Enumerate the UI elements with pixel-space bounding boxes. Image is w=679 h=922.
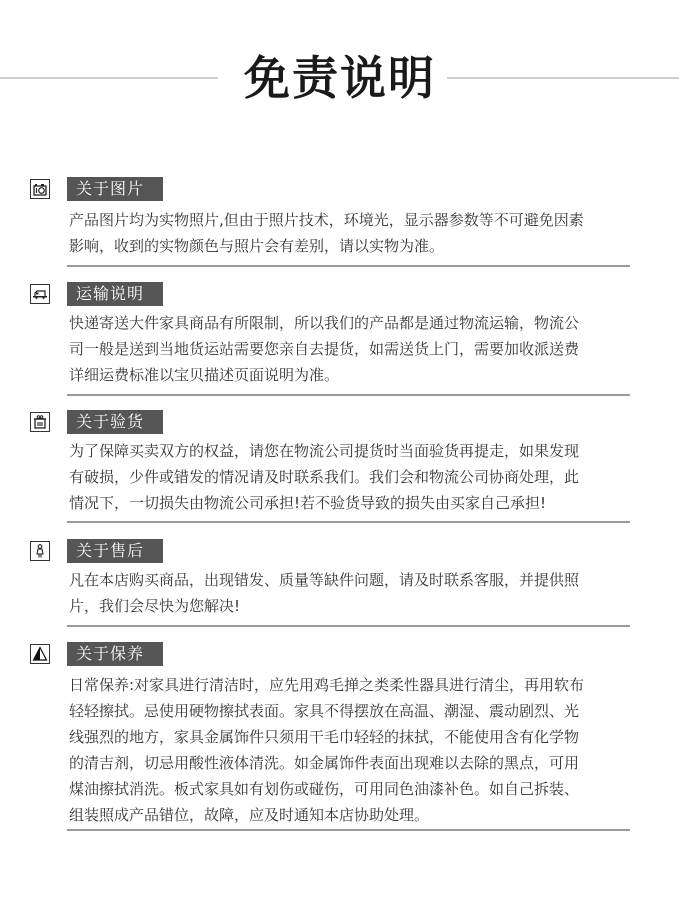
section-heading: 关于保养 (67, 642, 163, 666)
section-divider (67, 521, 630, 523)
person-icon (30, 541, 50, 561)
section-body: 快递寄送大件家具商品有所限制，所以我们的产品都是通过物流运输，物流公 司一般是送… (69, 310, 614, 388)
section-body: 凡在本店购买商品，出现错发、质量等缺件问题，请及时联系客服，并提供照 片，我们会… (69, 567, 614, 619)
text-line: 煤油擦拭消洗。板式家具如有划伤或碰伤，可用同色油漆补色。如自己拆装、 (69, 776, 614, 802)
text-line: 司一般是送到当地货运站需要您亲自去提货，如需送货上门，需要加收派送费 (69, 336, 614, 362)
text-line: 影响，收到的实物颜色与照片会有差别，请以实物为准。 (69, 233, 614, 259)
text-line: 片，我们会尽快为您解决! (69, 593, 614, 619)
gift-box-icon (30, 412, 50, 432)
text-line: 的清吉剂，切忌用酸性液体清洗。如金属饰件表面出现难以去除的黑点，可用 (69, 750, 614, 776)
section-divider (67, 625, 630, 627)
section-heading: 关于图片 (67, 177, 163, 201)
text-line: 快递寄送大件家具商品有所限制，所以我们的产品都是通过物流运输，物流公 (69, 310, 614, 336)
section-heading: 关于售后 (67, 539, 163, 563)
section-heading: 关于验货 (67, 410, 163, 434)
warning-triangle-icon (30, 644, 50, 664)
text-line: 详细运费标准以宝贝描述页面说明为准。 (69, 362, 614, 388)
text-line: 情况下，一切损失由物流公司承担!若不验货导致的损失由买家自己承担! (69, 490, 614, 516)
text-line: 凡在本店购买商品，出现错发、质量等缺件问题，请及时联系客服，并提供照 (69, 567, 614, 593)
text-line: 轻轻擦拭。忌使用硬物擦拭表面。家具不得摆放在高温、潮湿、震动剧烈、光 (69, 698, 614, 724)
section-divider (67, 394, 630, 396)
header-divider-right (447, 77, 679, 79)
truck-icon (30, 284, 50, 304)
section-heading: 运输说明 (67, 282, 163, 306)
text-line: 日常保养:对家具进行清洁时，应先用鸡毛掸之类柔性器具进行清尘，再用软布 (69, 672, 614, 698)
text-line: 线强烈的地方，家具金属饰件只须用干毛巾轻轻的抹拭，不能使用含有化学物 (69, 724, 614, 750)
section-body: 为了保障买卖双方的权益，请您在物流公司提货时当面验货再提走，如果发现 有破损，少… (69, 438, 614, 516)
text-line: 有破损，少件或错发的情况请及时联系我们。我们会和物流公司协商处理，此 (69, 464, 614, 490)
text-line: 产品图片均为实物照片,但由于照片技术，环境光，显示器参数等不可避免因素 (69, 207, 614, 233)
text-line: 为了保障买卖双方的权益，请您在物流公司提货时当面验货再提走，如果发现 (69, 438, 614, 464)
text-line: 组装照成产品错位，故障，应及时通知本店协助处理。 (69, 802, 614, 828)
header-divider-left (0, 77, 218, 79)
page-title: 免责说明 (244, 48, 436, 108)
page-header: 免责说明 (0, 40, 679, 120)
section-divider (67, 265, 630, 267)
section-body: 产品图片均为实物照片,但由于照片技术，环境光，显示器参数等不可避免因素 影响，收… (69, 207, 614, 259)
section-body: 日常保养:对家具进行清洁时，应先用鸡毛掸之类柔性器具进行清尘，再用软布 轻轻擦拭… (69, 672, 614, 828)
camera-icon (30, 179, 50, 199)
section-divider (67, 829, 630, 831)
